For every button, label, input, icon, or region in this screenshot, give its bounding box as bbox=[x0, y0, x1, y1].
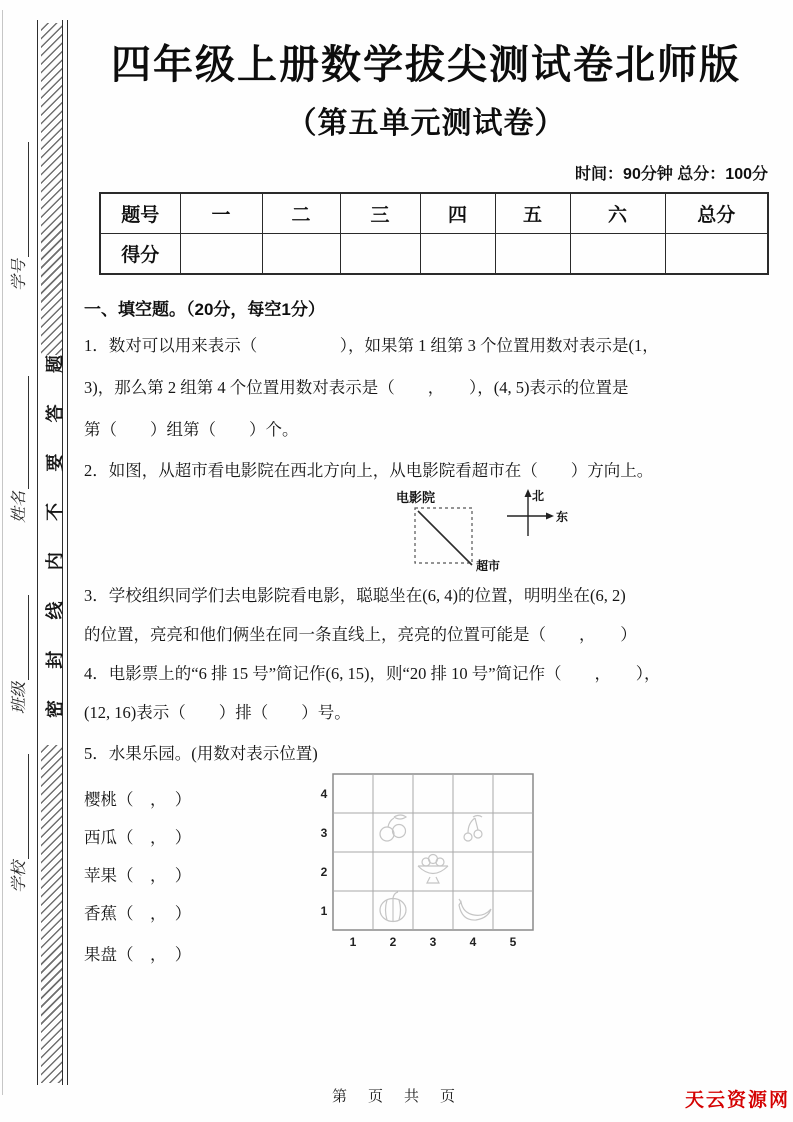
answer-blank: （ ， ） bbox=[117, 866, 191, 885]
question-1-line-2: 3)，那么第 2 组第 4 个位置用数对表示是（ ， ），(4, 5)表示的位置… bbox=[84, 374, 784, 398]
seal-phrase-char: 封 bbox=[41, 651, 67, 669]
score-header-cell: 二 bbox=[262, 193, 340, 234]
score-cell-empty bbox=[262, 234, 340, 275]
field-school: 学校 bbox=[6, 754, 29, 893]
grid-row-label: 4 bbox=[321, 787, 328, 801]
answer-row-fruit-plate: 果盘（ ， ） bbox=[84, 941, 191, 965]
diagonal-path-line bbox=[418, 511, 472, 565]
score-header-cell: 六 bbox=[570, 193, 665, 234]
score-cell-empty bbox=[420, 234, 495, 275]
score-cell-empty bbox=[495, 234, 570, 275]
answer-row-cherry: 樱桃（ ， ） bbox=[84, 786, 191, 810]
compass-icon bbox=[507, 489, 554, 536]
apple-icon bbox=[380, 815, 406, 841]
answer-row-banana: 香蕉（ ， ） bbox=[84, 900, 191, 924]
score-cell-empty bbox=[340, 234, 420, 275]
field-name: 姓名 bbox=[6, 376, 29, 523]
seal-phrase-char: 密 bbox=[41, 700, 67, 718]
seal-phrase-char: 不 bbox=[41, 503, 67, 521]
answer-blank: （ ， ） bbox=[117, 904, 191, 923]
field-student-id: 学号 bbox=[6, 142, 29, 291]
question-3-line-1: 3．学校组织同学们去电影院看电影，聪聪坐在(6, 4)的位置，明明坐在(6, 2… bbox=[84, 582, 784, 606]
score-header-cell: 三 bbox=[340, 193, 420, 234]
field-class-blank bbox=[14, 595, 29, 680]
banana-icon bbox=[459, 899, 491, 920]
fruit-grid: 4 3 2 1 1 2 3 4 5 bbox=[315, 770, 550, 955]
seal-phrase: 密 封 线 内 不 要 答 题 bbox=[41, 355, 67, 718]
answer-fruit-name: 樱桃 bbox=[84, 790, 117, 809]
field-student-id-blank bbox=[14, 142, 29, 257]
seal-phrase-char: 题 bbox=[41, 355, 67, 373]
grid-col-label: 2 bbox=[390, 935, 397, 949]
answer-fruit-name: 香蕉 bbox=[84, 904, 117, 923]
page-edge-line bbox=[2, 10, 3, 1095]
seal-hatch-bottom bbox=[41, 745, 62, 1083]
score-header-cell: 总分 bbox=[665, 193, 768, 234]
cherry-icon bbox=[464, 816, 482, 842]
answer-row-apple: 苹果（ ， ） bbox=[84, 862, 191, 886]
score-cell-empty bbox=[570, 234, 665, 275]
seal-hatch-top bbox=[41, 23, 62, 355]
seal-column-left-border bbox=[37, 20, 38, 1085]
north-label: 北 bbox=[532, 489, 544, 503]
field-school-blank bbox=[14, 754, 29, 859]
answer-fruit-name: 果盘 bbox=[84, 945, 117, 964]
answer-fruit-name: 苹果 bbox=[84, 866, 117, 885]
score-header-cell: 题号 bbox=[100, 193, 180, 234]
question-2-line-1: 2．如图，从超市看电影院在西北方向上，从电影院看超市在（ ）方向上。 bbox=[84, 457, 784, 481]
question-1-line-3: 第（ ）组第（ ）个。 bbox=[84, 416, 784, 440]
supermarket-label: 超市 bbox=[476, 558, 500, 573]
fruit-bowl-icon bbox=[418, 855, 448, 884]
cinema-label: 电影院 bbox=[396, 490, 435, 505]
score-table-header-row: 题号 一 二 三 四 五 六 总分 bbox=[100, 193, 768, 234]
question-5-line-1: 5．水果乐园。(用数对表示位置) bbox=[84, 740, 784, 764]
seal-phrase-char: 要 bbox=[41, 454, 67, 472]
footer-page-number: 第 页 共 页 bbox=[0, 1085, 790, 1106]
grid-col-label: 5 bbox=[510, 935, 517, 949]
grid-row-label: 1 bbox=[321, 904, 328, 918]
answer-row-watermelon: 西瓜（ ， ） bbox=[84, 824, 191, 848]
field-student-id-label: 学号 bbox=[11, 259, 28, 291]
question-3-line-2: 的位置，亮亮和他们俩坐在同一条直线上，亮亮的位置可能是（ ， ） bbox=[84, 621, 784, 645]
site-watermark: 天云资源网 bbox=[685, 1085, 790, 1112]
field-class: 班级 bbox=[6, 595, 29, 714]
field-school-label: 学校 bbox=[11, 861, 28, 893]
answer-blank: （ ， ） bbox=[117, 790, 191, 809]
grid-col-label: 4 bbox=[470, 935, 477, 949]
east-label: 东 bbox=[556, 509, 568, 524]
question-4-line-2: (12, 16)表示（ ）排（ ）号。 bbox=[84, 699, 784, 723]
score-header-cell: 四 bbox=[420, 193, 495, 234]
score-header-cell: 一 bbox=[180, 193, 262, 234]
exam-info: 时间：90分钟 总分：100分 bbox=[575, 161, 768, 184]
score-cell-empty bbox=[180, 234, 262, 275]
score-table-score-row: 得分 bbox=[100, 234, 768, 275]
score-row-label: 得分 bbox=[100, 234, 180, 275]
field-name-label: 姓名 bbox=[11, 491, 28, 523]
score-table: 题号 一 二 三 四 五 六 总分 得分 bbox=[99, 192, 769, 275]
question-1-line-1: 1．数对可以用来表示（ ），如果第 1 组第 3 个位置用数对表示是(1， bbox=[84, 332, 784, 356]
question-4-line-1: 4．电影票上的“6 排 15 号”简记作(6, 15)，则“20 排 10 号”… bbox=[84, 660, 784, 684]
grid-col-label: 3 bbox=[430, 935, 437, 949]
seal-phrase-char: 答 bbox=[41, 404, 67, 422]
grid-lines bbox=[333, 774, 533, 930]
field-class-label: 班级 bbox=[11, 682, 28, 714]
answer-blank: （ ， ） bbox=[117, 828, 191, 847]
page-title: 四年级上册数学拔尖测试卷北师版 bbox=[80, 33, 772, 90]
seal-phrase-char: 内 bbox=[41, 552, 67, 570]
score-header-cell: 五 bbox=[495, 193, 570, 234]
field-name-blank bbox=[14, 376, 29, 489]
seal-phrase-char: 线 bbox=[41, 601, 67, 619]
grid-col-label: 1 bbox=[350, 935, 357, 949]
watermelon-icon bbox=[380, 892, 406, 922]
grid-row-label: 2 bbox=[321, 865, 328, 879]
answer-blank: （ ， ） bbox=[117, 945, 191, 964]
grid-row-label: 3 bbox=[321, 826, 328, 840]
exam-paper-page: 密 封 线 内 不 要 答 题 学号 姓名 班级 学校 四年级上册数学拔尖测试卷… bbox=[0, 0, 793, 1122]
score-cell-empty bbox=[665, 234, 768, 275]
question-2-diagram: 电影院 超市 北 东 bbox=[388, 486, 578, 588]
section1-heading: 一、填空题。（20分，每空1分） bbox=[84, 295, 325, 320]
answer-fruit-name: 西瓜 bbox=[84, 828, 117, 847]
page-subtitle: （第五单元测试卷） bbox=[80, 98, 772, 142]
